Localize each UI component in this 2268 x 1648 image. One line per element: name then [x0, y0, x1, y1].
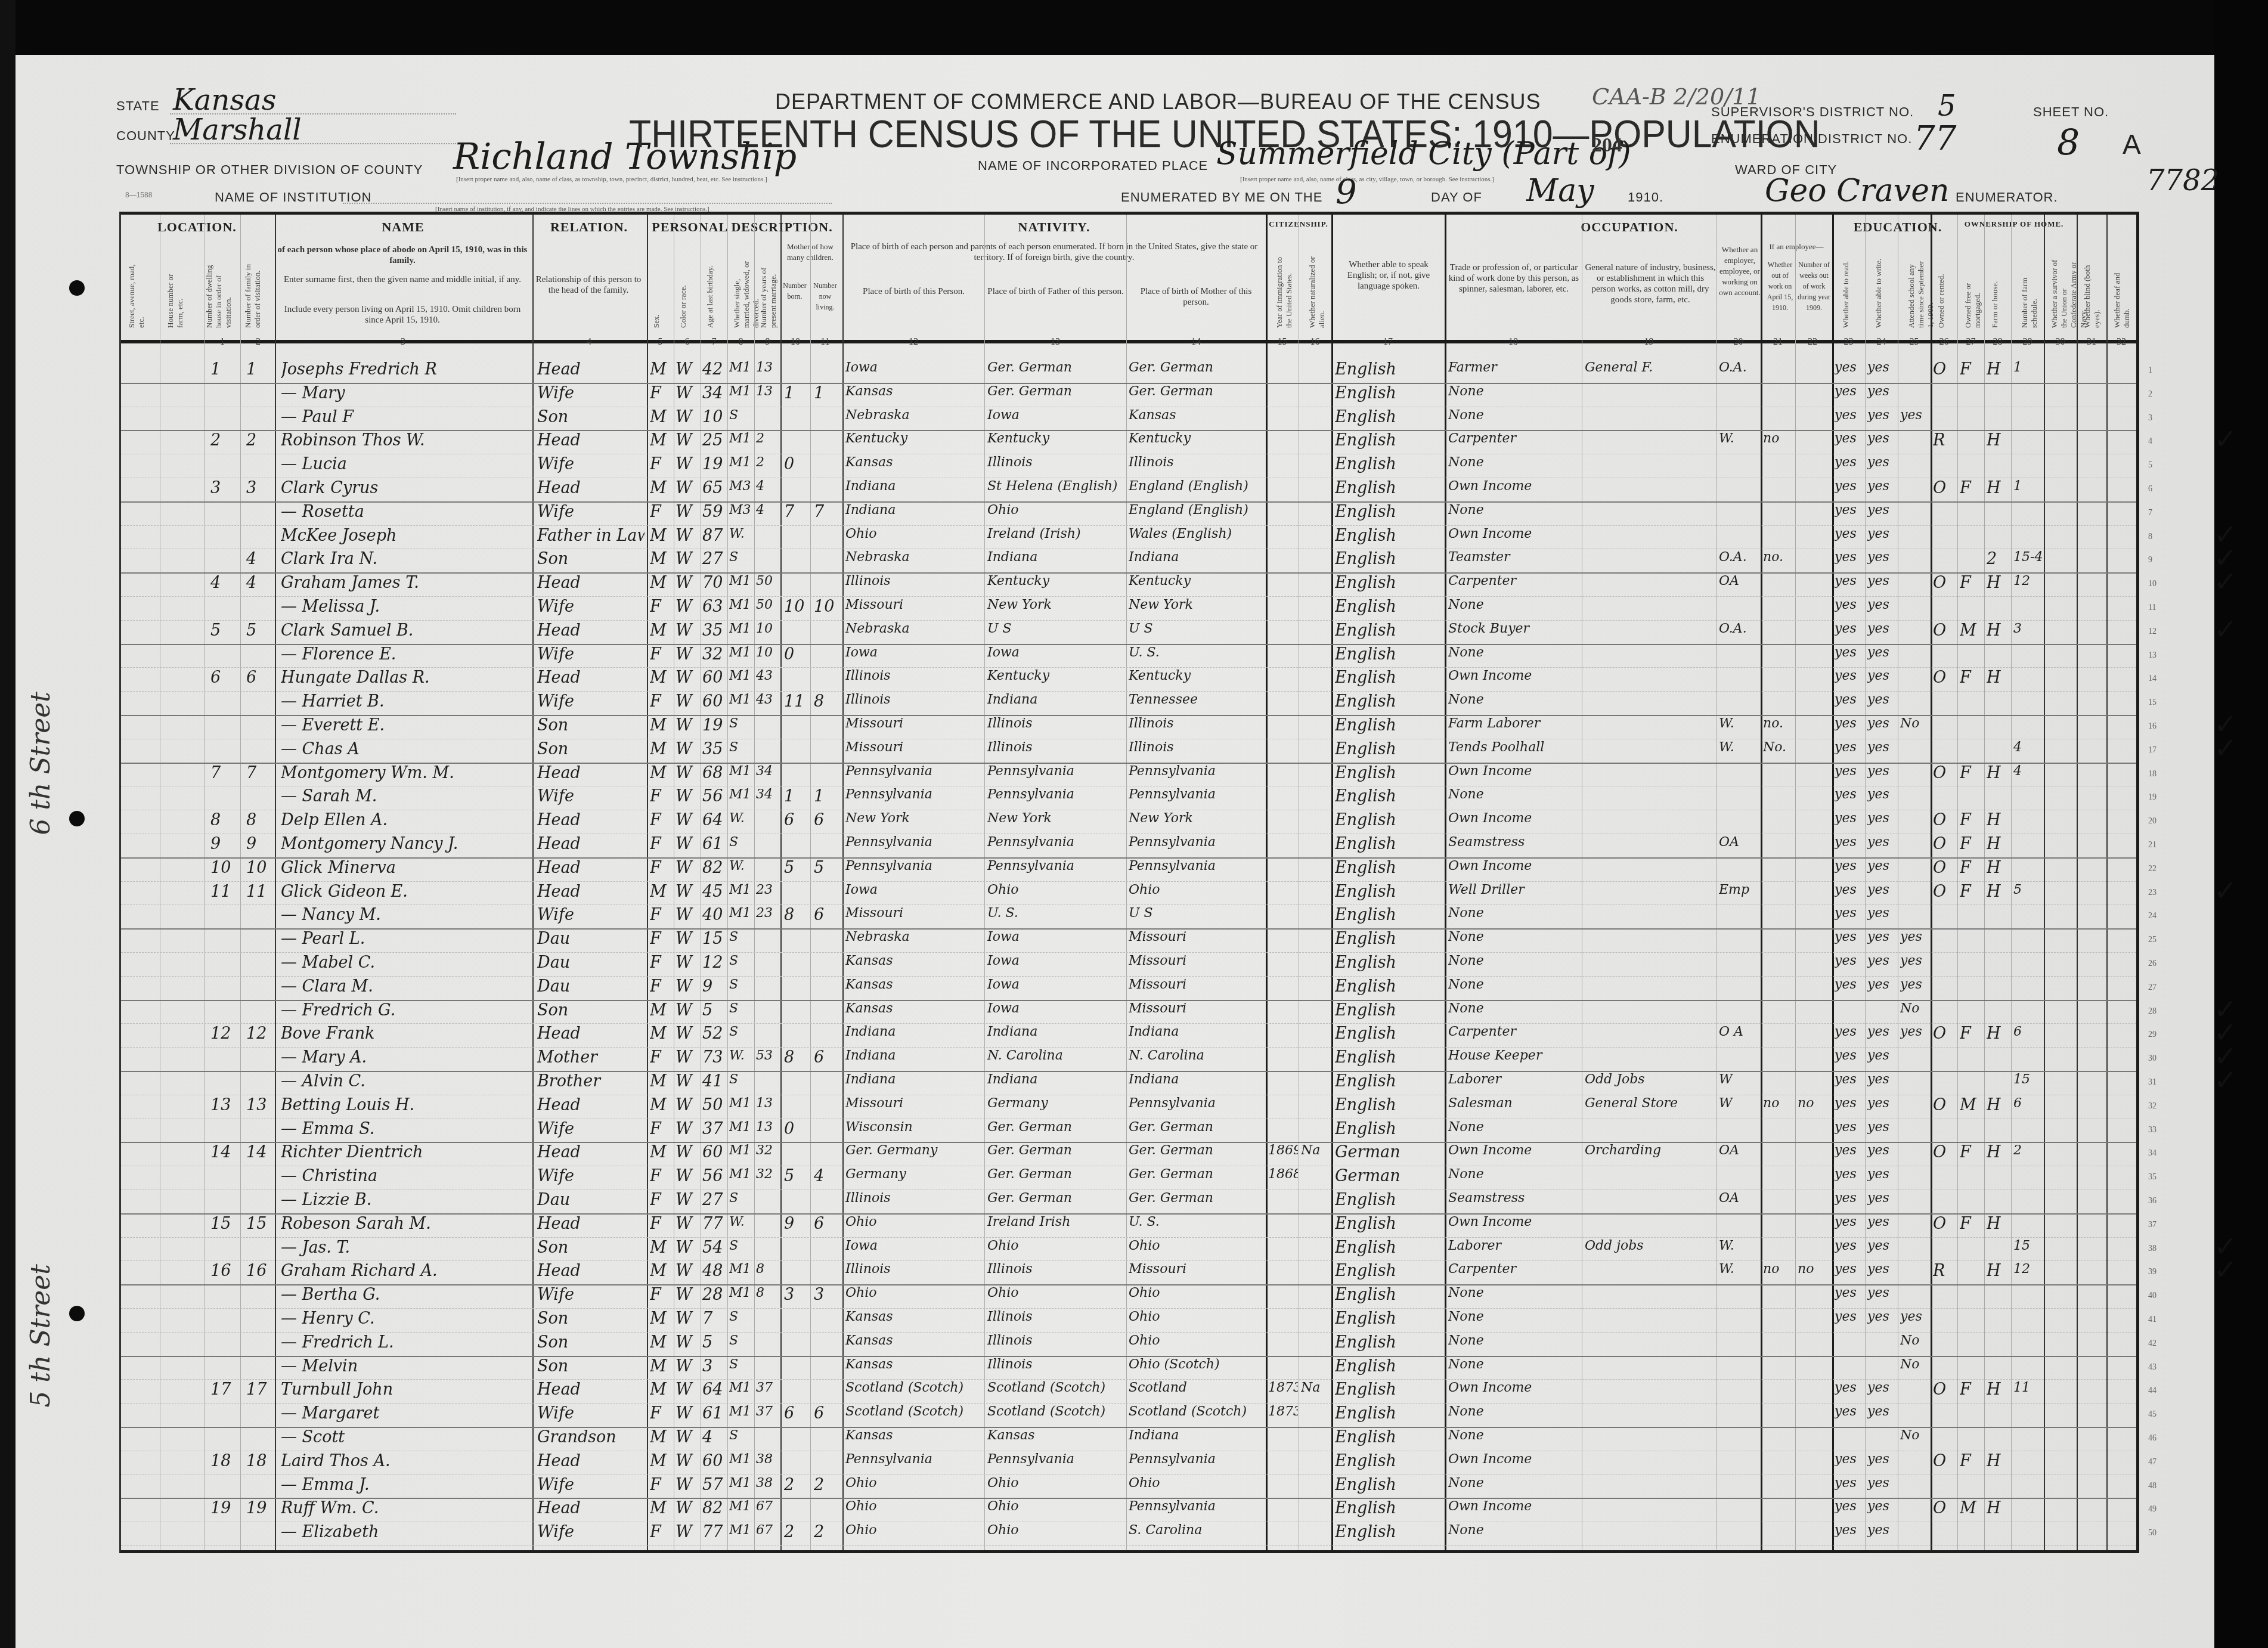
cell-trade: Own Income — [1448, 859, 1581, 873]
cell-read: yes — [1835, 1262, 1864, 1277]
cell-mbp: Wales (English) — [1129, 526, 1265, 541]
cell-yrs: 10 — [756, 621, 780, 636]
cell-fh: H — [1987, 360, 2010, 379]
cell-age: 5 — [702, 1333, 727, 1352]
cell-living: 6 — [814, 1215, 839, 1233]
cell-bp: Ohio — [845, 1499, 983, 1514]
cell-mbp: Ohio — [1129, 1285, 1265, 1300]
cell-yrs: 32 — [756, 1167, 780, 1182]
cell-read: yes — [1835, 408, 1864, 423]
enumeration-day: 9 — [1336, 173, 1357, 212]
cell-name: Clark Samuel B. — [281, 621, 531, 640]
cell-fbp: Ger. German — [987, 1120, 1124, 1135]
cell-mbp: England (English) — [1129, 479, 1265, 494]
cell-rel: Head — [537, 1215, 645, 1233]
line-number: 47 — [2148, 1458, 2166, 1467]
column-numbers: 1 2 3 4 5 6 7 8 9 10 11 12 13 14 15 16 1… — [121, 337, 2136, 355]
cell-ms: M1 — [729, 621, 754, 636]
enumerated-label: Enumerated by me on the — [1121, 190, 1322, 205]
cell-name: Betting Louis H. — [281, 1096, 531, 1114]
cell-fbp: Illinois — [987, 455, 1124, 470]
cell-lang: English — [1335, 977, 1442, 996]
table-row: 40— Bertha G.WifeFW28M1833OhioOhioOhioEn… — [121, 1284, 2136, 1309]
cell-age: 42 — [702, 360, 727, 379]
industry-header: General nature of industry, business, or… — [1585, 262, 1716, 305]
film-border-left — [0, 0, 16, 1648]
cell-fbp: Ireland Irish — [987, 1215, 1124, 1229]
cell-read: yes — [1835, 1120, 1864, 1135]
cell-yrs: 32 — [756, 1143, 780, 1158]
cell-own: O — [1933, 1380, 1957, 1399]
cell-living: 6 — [814, 906, 839, 924]
cell-ms: M3 — [729, 479, 754, 494]
cell-name: — Bertha G. — [281, 1285, 531, 1304]
cell-sch: yes — [1900, 977, 1930, 992]
cell-fh: H — [1987, 764, 2010, 782]
cell-born: 0 — [784, 455, 809, 473]
col-num: 8 — [727, 337, 754, 348]
cell-age: 56 — [702, 787, 727, 806]
cell-lang: English — [1335, 953, 1442, 972]
cell-rel: Head — [537, 1452, 645, 1470]
line-number: 40 — [2148, 1291, 2166, 1301]
cell-fh: H — [1987, 1499, 2010, 1517]
table-row: 36— Lizzie B.DauFW27SIllinoisGer. German… — [121, 1189, 2136, 1215]
cell-write: yes — [1867, 645, 1897, 660]
cell-age: 68 — [702, 764, 727, 782]
cell-ms: W. — [729, 526, 754, 541]
checkmark-icon: ✓ — [2214, 423, 2238, 456]
cell-trade: Own Income — [1448, 811, 1581, 826]
header-occupation: OCCUPATION. — [1445, 219, 1814, 235]
name-instructions: Enter surname first, then the given name… — [277, 274, 528, 285]
cell-rel: Head — [537, 835, 645, 853]
cell-sex: M — [650, 1096, 674, 1114]
cell-sched: 4 — [2013, 764, 2043, 779]
cell-lang: English — [1335, 859, 1442, 877]
table-row: 46— ScottGrandsonMW4SKansasKansasIndiana… — [121, 1427, 2136, 1451]
table-row: 30— Mary A.MotherFW73W.5386IndianaN. Car… — [121, 1047, 2136, 1072]
cell-bp: Iowa — [845, 1238, 983, 1253]
cell-born: 6 — [784, 811, 809, 829]
cell-age: 37 — [702, 1120, 727, 1138]
cell-born: 8 — [784, 906, 809, 924]
cell-read: yes — [1835, 1191, 1864, 1206]
table-row: 2088Delp Ellen A.HeadFW64W.66New YorkNew… — [121, 810, 2136, 834]
immigration-header: Year of immigration to the United States… — [1275, 256, 1294, 328]
cell-yrs: 4 — [756, 479, 780, 494]
cell-trade: Laborer — [1448, 1072, 1581, 1087]
col-num: 12 — [842, 337, 984, 348]
cell-write: yes — [1867, 1238, 1897, 1253]
cell-fbp: Illinois — [987, 1309, 1124, 1324]
cell-trade: Laborer — [1448, 1238, 1581, 1253]
cell-fh: H — [1987, 859, 2010, 877]
cell-fh: H — [1987, 574, 2010, 592]
cell-mort: F — [1960, 574, 1984, 592]
cell-own: R — [1933, 431, 1957, 450]
cell-rel: Head — [537, 859, 645, 877]
cell-age: 57 — [702, 1476, 727, 1494]
table-row: 5— LuciaWifeFW19M120KansasIllinoisIllino… — [121, 454, 2136, 478]
cell-race: W — [676, 1215, 699, 1233]
col-num: 9 — [754, 337, 781, 348]
cell-age: 10 — [702, 408, 727, 426]
cell-write: yes — [1867, 360, 1897, 375]
cell-sched: 15-4 — [2013, 550, 2043, 565]
cell-sex: M — [650, 621, 674, 640]
name-include: Include every person living on April 15,… — [277, 304, 528, 326]
cell-fh: H — [1987, 1452, 2010, 1470]
cell-yrs: 53 — [756, 1048, 780, 1063]
cell-race: W — [676, 859, 699, 877]
line-number: 45 — [2148, 1410, 2166, 1420]
cell-bp: Ohio — [845, 1476, 983, 1491]
line-number: 35 — [2148, 1173, 2166, 1182]
cell-ms: M1 — [729, 1404, 754, 1419]
cell-ms: S — [729, 1357, 754, 1372]
cell-fm: 5 — [246, 621, 273, 640]
cell-write: yes — [1867, 1452, 1897, 1467]
cell-fh: H — [1987, 1143, 2010, 1161]
cell-dw: 3 — [210, 479, 240, 497]
cell-ind: Odd jobs — [1585, 1238, 1715, 1253]
cell-rel: Wife — [537, 1404, 645, 1423]
cell-rel: Head — [537, 882, 645, 901]
cell-ms: M1 — [729, 1167, 754, 1182]
schedule-header: Number of farm schedule. — [2020, 256, 2039, 328]
cell-fbp: Ireland (Irish) — [987, 526, 1124, 541]
cell-age: 77 — [702, 1523, 727, 1541]
line-number: 10 — [2148, 580, 2166, 589]
county-underline — [170, 143, 456, 144]
state-value: Kansas — [173, 83, 276, 117]
cell-emp: O.A. — [1719, 550, 1759, 565]
cell-dw: 19 — [210, 1499, 240, 1517]
cell-born: 5 — [784, 1167, 809, 1185]
cell-sex: M — [650, 408, 674, 426]
cell-wks: no — [1798, 1262, 1829, 1277]
line-number: 42 — [2148, 1339, 2166, 1349]
cell-ms: M3 — [729, 503, 754, 518]
cell-lang: English — [1335, 1215, 1442, 1233]
line-number: 15 — [2148, 698, 2166, 708]
cell-ms: M1 — [729, 597, 754, 612]
cell-fbp: Illinois — [987, 1333, 1124, 1348]
table-row: 441717Turnbull JohnHeadMW64M137Scotland … — [121, 1379, 2136, 1404]
line-number: 48 — [2148, 1482, 2166, 1491]
cell-imm: 1873 — [1268, 1404, 1298, 1419]
table-row: 3— Paul FSonMW10SNebraskaIowaKansasEngli… — [121, 407, 2136, 432]
cell-fm: 12 — [246, 1024, 273, 1043]
cell-born: 11 — [784, 692, 809, 711]
cell-write: yes — [1867, 1285, 1897, 1300]
cell-fbp: Scotland (Scotch) — [987, 1380, 1124, 1395]
cell-age: 32 — [702, 645, 727, 664]
col-num: 2 — [240, 337, 276, 348]
cell-age: 28 — [702, 1285, 727, 1304]
enumeration-month: May — [1526, 173, 1594, 209]
cell-mort: F — [1960, 1024, 1984, 1043]
cell-lang: English — [1335, 503, 1442, 521]
cell-dw: 11 — [210, 882, 240, 901]
cell-mbp: Illinois — [1129, 455, 1265, 470]
cell-yrs: 50 — [756, 574, 780, 588]
cell-fh: H — [1987, 882, 2010, 901]
cell-name: — Lizzie B. — [281, 1191, 531, 1209]
table-row: 111Josephs Fredrich RHeadMW42M113IowaGer… — [121, 359, 2136, 384]
cell-mbp: Ger. German — [1129, 1143, 1265, 1158]
cell-trade: Carpenter — [1448, 431, 1581, 446]
table-row: 24— Nancy M.WifeFW40M12386MissouriU. S.U… — [121, 904, 2136, 930]
cell-mort: M — [1960, 1096, 1984, 1114]
cell-fh: 2 — [1987, 550, 2010, 568]
cell-sex: F — [650, 835, 674, 853]
cell-name: Turnbull John — [281, 1380, 531, 1399]
cell-sex: F — [650, 503, 674, 521]
cell-read: yes — [1835, 977, 1864, 992]
cell-trade: None — [1448, 1357, 1581, 1372]
cell-write: yes — [1867, 1523, 1897, 1538]
cell-emp: OA — [1719, 574, 1759, 588]
cell-race: W — [676, 668, 699, 687]
cell-sex: M — [650, 764, 674, 782]
table-row: 633Clark CyrusHeadMW65M34IndianaSt Helen… — [121, 478, 2136, 503]
birth-mother-header: Place of birth of Mother of this person. — [1127, 286, 1265, 308]
cell-lang: German — [1335, 1143, 1442, 1161]
cell-name: Josephs Fredrich R — [281, 360, 531, 379]
cell-trade: Own Income — [1448, 526, 1581, 541]
cell-sched: 15 — [2013, 1238, 2043, 1253]
cell-race: W — [676, 977, 699, 996]
cell-lang: English — [1335, 550, 1442, 568]
cell-oow: no — [1763, 431, 1794, 446]
cell-sched: 3 — [2013, 621, 2043, 636]
cell-sched: 1 — [2013, 360, 2043, 375]
cell-rel: Head — [537, 668, 645, 687]
cell-born: 1 — [784, 384, 809, 402]
cell-fm: 13 — [246, 1096, 273, 1114]
cell-fbp: New York — [987, 597, 1124, 612]
line-number: 38 — [2148, 1244, 2166, 1254]
table-row: 1877Montgomery Wm. M.HeadMW68M134Pennsyl… — [121, 763, 2136, 787]
cell-rel: Head — [537, 1380, 645, 1399]
cell-ms: M1 — [729, 455, 754, 470]
cell-age: 77 — [702, 1215, 727, 1233]
cell-read: yes — [1835, 1072, 1864, 1087]
cell-emp: W. — [1719, 431, 1759, 446]
cell-fbp: Ohio — [987, 1476, 1124, 1491]
cell-age: 70 — [702, 574, 727, 592]
col-num: 13 — [984, 337, 1126, 348]
cell-trade: Farmer — [1448, 360, 1581, 375]
cell-fh: H — [1987, 621, 2010, 640]
cell-ms: S — [729, 977, 754, 992]
cell-bp: Illinois — [845, 692, 983, 707]
cell-sch: No — [1900, 1428, 1930, 1443]
cell-age: 45 — [702, 882, 727, 901]
cell-sex: M — [650, 1380, 674, 1399]
cell-mbp: Kentucky — [1129, 431, 1265, 446]
cell-lang: English — [1335, 1191, 1442, 1209]
cell-name: Glick Minerva — [281, 859, 531, 877]
cell-age: 54 — [702, 1238, 727, 1257]
cell-age: 60 — [702, 692, 727, 711]
cell-rel: Wife — [537, 455, 645, 473]
cell-race: W — [676, 1523, 699, 1541]
cell-ms: S — [729, 930, 754, 944]
table-row: 25— Pearl L.DauFW15SNebraskaIowaMissouri… — [121, 928, 2136, 953]
speak-english-header: Whether able to speak English; or, if no… — [1335, 259, 1442, 292]
cell-trade: None — [1448, 787, 1581, 802]
cell-age: 41 — [702, 1072, 727, 1091]
enumerator-label: Enumerator. — [1956, 190, 2058, 205]
ward-label: Ward of city — [1735, 162, 1837, 178]
cell-fbp: U. S. — [987, 906, 1124, 921]
cell-age: 64 — [702, 1380, 727, 1399]
cell-write: yes — [1867, 835, 1897, 850]
cell-ms: S — [729, 1428, 754, 1443]
cell-own: O — [1933, 882, 1957, 901]
header-nativity: NATIVITY. — [842, 219, 1266, 235]
table-row: 42— Fredrich L.SonMW5SKansasIllinoisOhio… — [121, 1332, 2136, 1357]
cell-read: yes — [1835, 811, 1864, 826]
cell-sex: M — [650, 479, 674, 497]
cell-write: yes — [1867, 597, 1897, 612]
cell-rel: Wife — [537, 645, 645, 664]
cell-age: 61 — [702, 1404, 727, 1423]
cell-race: W — [676, 1357, 699, 1376]
cell-write: yes — [1867, 479, 1897, 494]
cell-ms: M1 — [729, 1285, 754, 1300]
cell-race: W — [676, 1404, 699, 1423]
cell-age: 82 — [702, 1499, 727, 1517]
cell-sch: No — [1900, 716, 1930, 731]
cell-fm: 8 — [246, 811, 273, 829]
num-living-header: Number now living. — [810, 280, 840, 312]
cell-ms: W. — [729, 1048, 754, 1063]
cell-fbp: Kentucky — [987, 668, 1124, 683]
cell-living: 6 — [814, 1404, 839, 1423]
cell-sex: F — [650, 1404, 674, 1423]
cell-bp: Ohio — [845, 1285, 983, 1300]
cell-write: yes — [1867, 550, 1897, 565]
cell-mort: F — [1960, 859, 1984, 877]
cell-sex: F — [650, 787, 674, 806]
cell-name: — Margaret — [281, 1404, 531, 1423]
cell-ms: S — [729, 550, 754, 565]
cell-sex: F — [650, 597, 674, 616]
table-row: 1466Hungate Dallas R.HeadMW60M143Illinoi… — [121, 667, 2136, 692]
cell-mbp: Ger. German — [1129, 1191, 1265, 1206]
cell-rel: Son — [537, 408, 645, 426]
cell-yrs: 8 — [756, 1285, 780, 1300]
line-number: 17 — [2148, 746, 2166, 755]
cell-write: yes — [1867, 431, 1897, 446]
cell-read: yes — [1835, 1238, 1864, 1253]
cell-sex: F — [650, 1191, 674, 1209]
cell-own: O — [1933, 835, 1957, 853]
cell-mort: F — [1960, 811, 1984, 829]
cell-living: 6 — [814, 1048, 839, 1067]
cell-bp: Pennsylvania — [845, 859, 983, 873]
cell-race: W — [676, 835, 699, 853]
cell-fbp: Pennsylvania — [987, 787, 1124, 802]
cell-read: yes — [1835, 550, 1864, 565]
cell-read: yes — [1835, 1096, 1864, 1111]
cell-lang: English — [1335, 764, 1442, 782]
cell-age: 35 — [702, 621, 727, 640]
cell-fbp: Iowa — [987, 645, 1124, 660]
cell-name: Ruff Wm. C. — [281, 1499, 531, 1517]
line-number: 14 — [2148, 674, 2166, 684]
cell-read: yes — [1835, 1380, 1864, 1395]
cell-name: — Pearl L. — [281, 930, 531, 948]
cell-trade: None — [1448, 1167, 1581, 1182]
film-border-top — [0, 0, 2268, 57]
cell-lang: English — [1335, 1404, 1442, 1423]
col-num: 32 — [2106, 337, 2136, 348]
cell-rel: Son — [537, 716, 645, 735]
cell-write: yes — [1867, 384, 1897, 399]
cell-sex: F — [650, 859, 674, 877]
cell-lang: German — [1335, 1167, 1442, 1185]
nativity-description: Place of birth of each person and parent… — [845, 241, 1263, 263]
col-num: 7 — [701, 337, 727, 348]
cell-sched: 2 — [2013, 1143, 2043, 1158]
cell-ms: W. — [729, 859, 754, 873]
cell-trade: Teamster — [1448, 550, 1581, 565]
cell-age: 56 — [702, 1167, 727, 1185]
cell-bp: Missouri — [845, 906, 983, 921]
cell-fh: H — [1987, 1215, 2010, 1233]
cell-mbp: Indiana — [1129, 1428, 1265, 1443]
cell-race: W — [676, 1143, 699, 1161]
cell-ms: M1 — [729, 1476, 754, 1491]
employer-header: Whether an employer, employee, or workin… — [1719, 244, 1761, 298]
cell-fm: 6 — [246, 668, 273, 687]
line-number: 1 — [2148, 366, 2166, 376]
cell-age: 63 — [702, 597, 727, 616]
cell-trade: None — [1448, 1001, 1581, 1016]
cell-lang: English — [1335, 455, 1442, 473]
cell-name: — Chas A — [281, 740, 531, 758]
cell-dw: 1 — [210, 360, 240, 379]
col-num: 30 — [2044, 337, 2077, 348]
cell-own: O — [1933, 1452, 1957, 1470]
cell-fm: 4 — [246, 550, 273, 568]
cell-mbp: Ger. German — [1129, 384, 1265, 399]
cell-race: W — [676, 740, 699, 758]
table-row: 15— Harriet B.WifeFW60M143118IllinoisInd… — [121, 691, 2136, 716]
cell-bp: Kansas — [845, 455, 983, 470]
cell-ms: M1 — [729, 692, 754, 707]
cell-sch: No — [1900, 1001, 1930, 1016]
cell-age: 50 — [702, 1096, 727, 1114]
cell-rel: Son — [537, 1357, 645, 1376]
cell-living: 7 — [814, 503, 839, 521]
cell-yrs: 67 — [756, 1499, 780, 1514]
cell-born: 6 — [784, 1404, 809, 1423]
cell-mbp: Indiana — [1129, 1072, 1265, 1087]
col-num: 23 — [1832, 337, 1865, 348]
cell-bp: Pennsylvania — [845, 764, 983, 779]
cell-imm: 1868 — [1268, 1167, 1298, 1182]
cell-rel: Head — [537, 1096, 645, 1114]
cell-ms: S — [729, 1024, 754, 1039]
cell-dw: 4 — [210, 574, 240, 592]
cell-born: 5 — [784, 859, 809, 877]
